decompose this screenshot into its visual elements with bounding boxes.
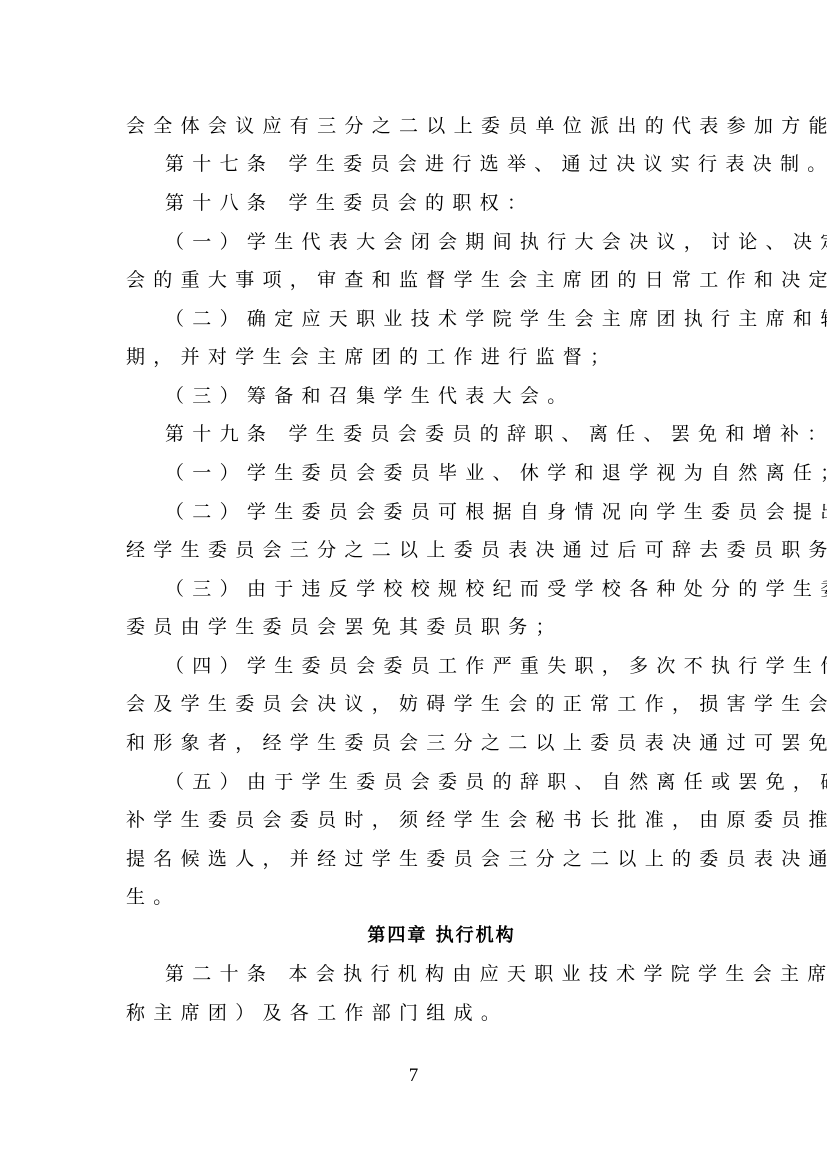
text-line: 经学生委员会三分之二以上委员表决通过后可辞去委员职务； bbox=[126, 538, 706, 562]
text-line: 会的重大事项，审查和监督学生会主席团的日常工作和决定； bbox=[126, 268, 706, 292]
article-20: 第二十条 本会执行机构由应天职业技术学院学生会主席团（简 bbox=[165, 962, 745, 986]
text-line: （二）学生委员会委员可根据自身情况向学生委员会提出辞职， bbox=[165, 500, 745, 524]
text-line: 会及学生委员会决议，妨碍学生会的正常工作，损害学生会的利益 bbox=[126, 692, 706, 716]
article-19: 第十九条 学生委员会委员的辞职、离任、罢免和增补： bbox=[165, 422, 745, 446]
text-line: 会全体会议应有三分之二以上委员单位派出的代表参加方能召开。 bbox=[126, 114, 706, 138]
text-line: （一）学生委员会委员毕业、休学和退学视为自然离任； bbox=[165, 461, 745, 485]
page-number: 7 bbox=[0, 1064, 827, 1088]
text-line: （二）确定应天职业技术学院学生会主席团执行主席和轮值周 bbox=[165, 307, 745, 331]
text-line: 提名候选人，并经过学生委员会三分之二以上的委员表决通过后产 bbox=[126, 847, 706, 871]
chapter-heading: 第四章 执行机构 bbox=[0, 924, 827, 948]
document-page: 会全体会议应有三分之二以上委员单位派出的代表参加方能召开。 第十七条 学生委员会… bbox=[0, 0, 827, 1170]
text-line: （四）学生委员会委员工作严重失职，多次不执行学生代表大 bbox=[165, 654, 745, 678]
text-line: （三）筹备和召集学生代表大会。 bbox=[165, 384, 745, 408]
text-line: 称主席团）及各工作部门组成。 bbox=[126, 1001, 706, 1025]
text-line: （一）学生代表大会闭会期间执行大会决议，讨论、决定学生 bbox=[165, 230, 745, 254]
text-line: （五）由于学生委员会委员的辞职、自然离任或罢免，确需增 bbox=[165, 770, 745, 794]
text-line: 补学生委员会委员时，须经学生会秘书长批准，由原委员推荐单位 bbox=[126, 808, 706, 832]
article-18: 第十八条 学生委员会的职权： bbox=[165, 191, 745, 215]
text-line: 委员由学生委员会罢免其委员职务； bbox=[126, 615, 706, 639]
text-line: （三）由于违反学校校规校纪而受学校各种处分的学生委员会 bbox=[165, 577, 745, 601]
text-line: 生。 bbox=[126, 885, 706, 909]
text-line: 和形象者，经学生委员会三分之二以上委员表决通过可罢免其职务； bbox=[126, 731, 706, 755]
text-line: 期，并对学生会主席团的工作进行监督； bbox=[126, 345, 706, 369]
article-17: 第十七条 学生委员会进行选举、通过决议实行表决制。 bbox=[165, 152, 745, 176]
